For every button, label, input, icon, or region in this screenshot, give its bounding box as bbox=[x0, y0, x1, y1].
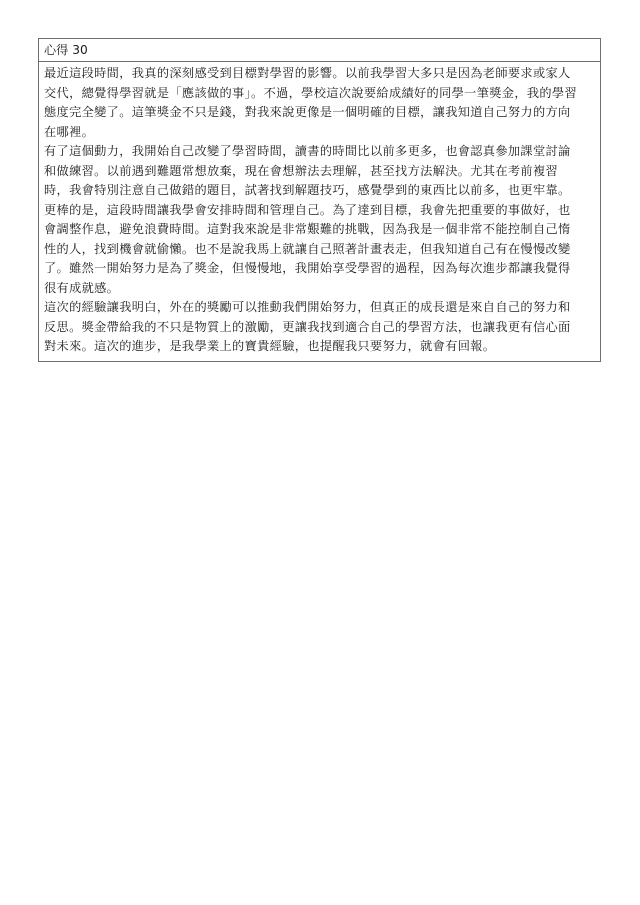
reflection-title: 心得 30 bbox=[39, 39, 600, 62]
paragraph-line: 在哪裡。 bbox=[44, 123, 594, 143]
reflection-body: 最近這段時間，我真的深刻感受到目標對學習的影響。以前我學習大多只是因為老師要求或… bbox=[39, 62, 600, 361]
paragraph-line: 性的人，找到機會就偷懶。也不是說我馬上就讓自己照著計畫表走，但我知道自己有在慢慢… bbox=[44, 240, 594, 260]
paragraph-line: 很有成就感。 bbox=[44, 279, 594, 299]
paragraph-line: 了。雖然一開始努力是為了獎金，但慢慢地，我開始享受學習的過程，因為每次進步都讓我… bbox=[44, 259, 594, 279]
paragraph-line: 更棒的是，這段時間讓我學會安排時間和管理自己。為了達到目標，我會先把重要的事做好… bbox=[44, 201, 594, 221]
paragraph-line: 這次的經驗讓我明白，外在的獎勵可以推動我們開始努力，但真正的成長還是來自自己的努… bbox=[44, 298, 594, 318]
paragraph-line: 態度完全變了。這筆獎金不只是錢，對我來說更像是一個明確的目標，讓我知道自己努力的… bbox=[44, 103, 594, 123]
paragraph-line: 對未來。這次的進步，是我學業上的寶貴經驗，也提醒我只要努力，就會有回報。 bbox=[44, 337, 594, 357]
paragraph-line: 有了這個動力，我開始自己改變了學習時間，讀書的時間比以前多更多，也會認真參加課堂… bbox=[44, 142, 594, 162]
paragraph-line: 反思。獎金帶給我的不只是物質上的激勵，更讓我找到適合自己的學習方法，也讓我更有信… bbox=[44, 318, 594, 338]
paragraph-line: 會調整作息，避免浪費時間。這對我來說是非常艱難的挑戰，因為我是一個非常不能控制自… bbox=[44, 220, 594, 240]
reflection-table: 心得 30 最近這段時間，我真的深刻感受到目標對學習的影響。以前我學習大多只是因… bbox=[38, 38, 601, 362]
paragraph-line: 和做練習。以前遇到難題常想放棄，現在會想辦法去理解，甚至找方法解決。尤其在考前複… bbox=[44, 162, 594, 182]
paragraph-line: 時，我會特別注意自己做錯的題目，試著找到解題技巧，感覺學到的東西比以前多，也更牢… bbox=[44, 181, 594, 201]
paragraph-line: 交代，總覺得學習就是「應該做的事」。不過，學校這次說要給成績好的同學一筆獎金，我… bbox=[44, 84, 594, 104]
paragraph-line: 最近這段時間，我真的深刻感受到目標對學習的影響。以前我學習大多只是因為老師要求或… bbox=[44, 64, 594, 84]
